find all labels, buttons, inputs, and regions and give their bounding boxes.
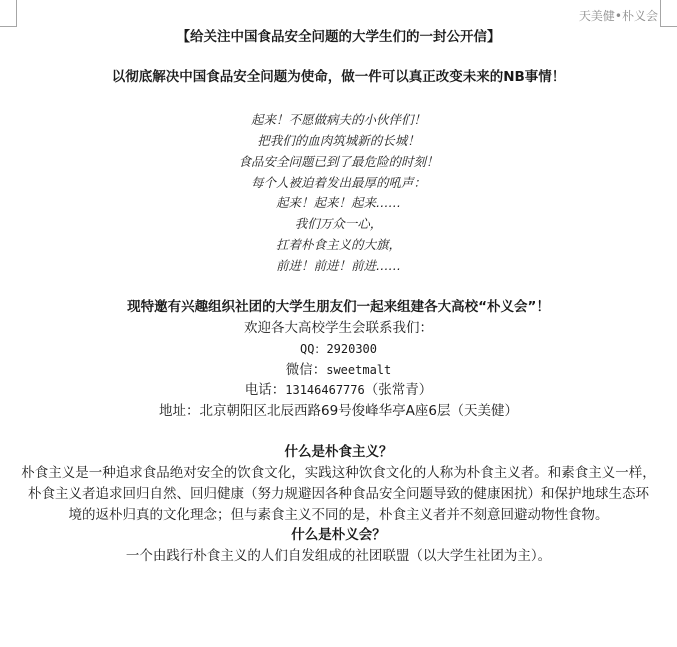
poem-line: 食品安全问题已到了最危险的时刻！ bbox=[0, 152, 677, 172]
wechat-label: 微信： bbox=[286, 362, 327, 378]
contact-intro: 欢迎各大高校学生会联系我们： bbox=[0, 318, 677, 338]
section-heading-pushi-zhuyi: 什么是朴食主义？ bbox=[0, 442, 677, 462]
poem-line: 我们万众一心， bbox=[0, 214, 677, 234]
section-heading-puyihui: 什么是朴义会？ bbox=[0, 525, 677, 545]
page-margin-corner-right bbox=[660, 0, 677, 27]
paragraph-line: 朴食主义是一种追求食品绝对安全的饮食文化，实践这种饮食文化的人称为朴食主义者。和… bbox=[0, 463, 677, 483]
paragraph-line: 朴食主义者追求回归自然、回归健康（努力规避因各种食品安全问题导致的健康困扰）和保… bbox=[0, 484, 677, 504]
phone-contact-name: （张常青） bbox=[365, 382, 433, 398]
poem-line: 把我们的血肉筑城新的长城！ bbox=[0, 131, 677, 151]
poem-line: 扛着朴食主义的大旗， bbox=[0, 235, 677, 255]
qq-value: 2920300 bbox=[326, 342, 377, 356]
contact-phone: 电话：13146467776（张常青） bbox=[0, 380, 677, 400]
wechat-value: sweetmalt bbox=[326, 363, 391, 377]
poem-line: 起来！不愿做病夫的小伙伴们！ bbox=[0, 110, 677, 130]
invite-heading: 现特邀有兴趣组织社团的大学生朋友们一起来组建各大高校“朴义会”！ bbox=[0, 297, 677, 317]
contact-address: 地址：北京朝阳区北辰西路69号俊峰华亭A座6层（天美健） bbox=[0, 401, 677, 421]
contact-qq: QQ：2920300 bbox=[0, 339, 677, 359]
page-margin-corner-left bbox=[0, 0, 17, 27]
poem-line: 前进！前进！前进…… bbox=[0, 256, 677, 276]
section-body-puyihui: 一个由践行朴食主义的人们自发组成的社团联盟（以大学生社团为主）。 bbox=[0, 546, 677, 566]
poem-line: 起来！起来！起来…… bbox=[0, 193, 677, 213]
page-header: 天美健•朴义会 bbox=[579, 8, 658, 24]
phone-value: 13146467776 bbox=[285, 383, 364, 397]
contact-wechat: 微信：sweetmalt bbox=[0, 360, 677, 380]
qq-label: QQ： bbox=[300, 342, 326, 356]
document-subtitle: 以彻底解决中国食品安全问题为使命，做一件可以真正改变未来的NB事情！ bbox=[0, 67, 677, 87]
phone-label: 电话： bbox=[245, 382, 286, 398]
poem-line: 每个人被迫着发出最厚的吼声： bbox=[0, 173, 677, 193]
paragraph-line: 境的返朴归真的文化理念；但与素食主义不同的是，朴食主义者并不刻意回避动物性食物。 bbox=[0, 505, 677, 525]
document-title: 【给关注中国食品安全问题的大学生们的一封公开信】 bbox=[0, 27, 677, 47]
